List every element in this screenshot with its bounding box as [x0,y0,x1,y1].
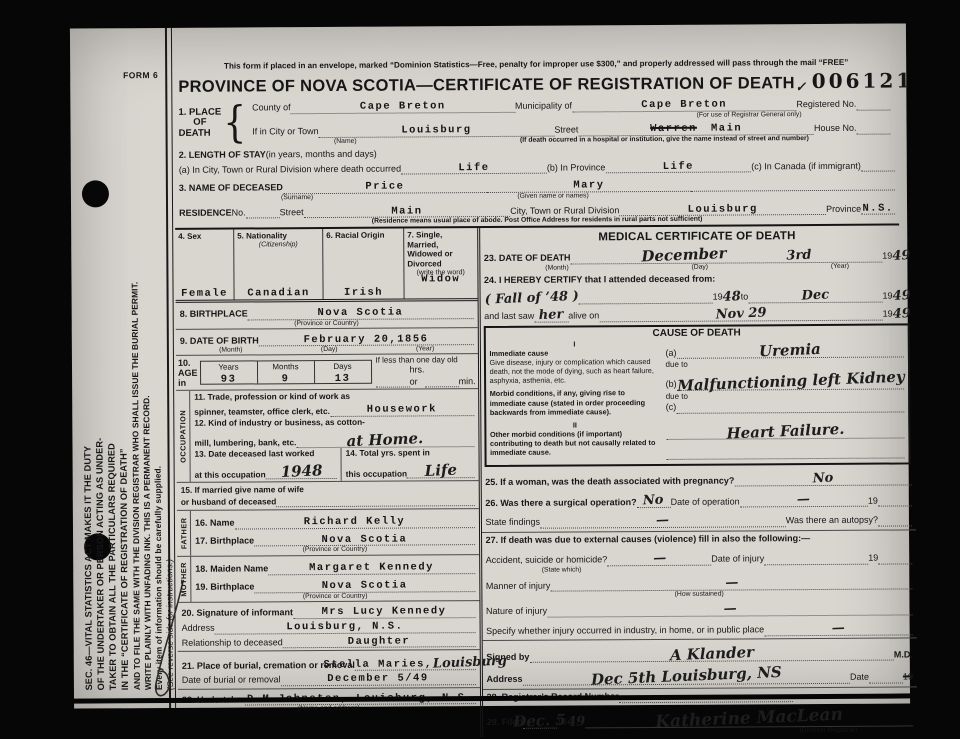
accident-field: — [607,547,711,566]
racial-origin-value: Irish [344,286,383,299]
operation-date-dash: — [797,492,811,509]
death-month-note: (Month) [545,264,568,272]
surname-note: (Surname) [281,194,313,202]
father-name-value: Richard Kelly [304,516,406,530]
cause-b-field: Malfunctioning left Kidney [677,369,905,391]
curly-brace: { [223,98,246,147]
total-years-value: Life [424,461,457,482]
age-days-value: 13 [335,373,351,385]
residence-street-label: Street [280,207,304,219]
item-number: 1. [178,107,186,118]
mother-name-value: Margaret Kennedy [309,562,434,576]
municipality-value: Cape Breton [641,99,727,113]
place-of-death-heading: 1. PLACE OF DEATH { [178,99,248,146]
father-birthplace-field: Nova Scotia [254,531,475,547]
operation-year-field [878,495,912,507]
alive-year-value: 49 [892,306,911,324]
county-label: County of [252,102,291,114]
marital-label-2: Widowed or Divorced [407,249,474,269]
field-birthplace: 8. BIRTHPLACE Nova Scotia (Province or C… [176,301,478,329]
burial-date-value: December 5/49 [327,673,429,687]
spouse-field [276,494,474,507]
field-date-of-birth: 9. DATE OF BIRTH February 20,1856 (Month… [176,328,478,356]
field-last-worked-and-total: 13. Date deceased last worked at this oc… [191,447,479,482]
occupation-side-label: OCCUPATION [176,391,191,482]
marital-label-1: 7. Single, Married, [407,230,474,250]
right-column: MEDICAL CERTIFICATE OF DEATH 23. DATE OF… [480,226,918,732]
burial-place-written: Louisburg [433,654,508,674]
informant-value: Mrs Lucy Kennedy [322,606,447,620]
burial-place-field: Stella Maries, Louisburg [355,652,476,671]
alive-date-value: Nov 29 [715,305,766,324]
other-morbid-value: Heart Failure. [726,420,845,444]
town-note: (Name) [334,138,357,146]
division-registrar-note: (Division Registrar) [799,727,857,732]
racial-origin-label: 6. Racial Origin [326,231,400,241]
specify-field: — [764,618,913,637]
hrs-label: hrs. or [409,364,424,387]
filed-date-field: Dec. 5 [523,708,557,729]
injury-year-field [878,552,912,564]
registered-no-field [856,98,890,110]
residence-city-value: Louisburg [688,203,758,217]
cause-of-death-box: CAUSE OF DEATH I Immediate cause Give di… [483,323,910,467]
certify-label: 24. I HEREBY CERTIFY that I attended dec… [484,274,715,287]
length-of-stay-sub: (in years, months and days) [266,149,377,161]
given-name-field: Mary [487,177,691,193]
other-morbid-field: Heart Failure. [666,418,905,440]
operation-value: No [643,493,664,511]
death-year-value: 49 [892,248,911,266]
mother-birthplace-value: Nova Scotia [322,579,408,593]
given-name-note: (Given name or names) [517,192,588,200]
certify-year1-printed: 19 [713,292,723,304]
age-months-value: 9 [282,373,290,385]
trade-label-1: 11. Trade, profession or kind of work as [194,391,350,403]
father-vertical-text: FATHER [179,518,188,550]
stay-city-field: Life [401,159,547,175]
stay-city-label: (a) In City, Town or Rural Division wher… [179,163,401,176]
age-months-label: Months [257,362,313,371]
nature-value: — [723,601,737,618]
stay-province-label: (b) In Province [547,162,606,174]
field-spouse: 15. If married give name of wife or husb… [177,481,479,511]
place-of-death-label: 1. PLACE OF DEATH [178,107,221,139]
pronoun-value: her [539,307,564,325]
other-morbid-label: Other morbid conditions (if important) c… [490,429,660,457]
operation-field: No [637,490,671,508]
pregnancy-field: No [734,468,912,487]
alive-date-field: Nov 29 [599,303,882,323]
street-label: Street [554,125,578,137]
death-year-printed: 19 [882,250,892,262]
hrs-field [376,376,410,388]
field-burial: 21. Place of burial, cremation or remova… [178,650,480,689]
filed-year-value: 49 [567,714,586,732]
occupation-items: 11. Trade, profession or kind of work as… [190,389,478,482]
field-marital-status: 7. Single, Married, Widowed or Divorced … [404,228,477,298]
cause-a-label: (a) [665,348,676,360]
informant-label: 20. Signature of informant [181,608,293,620]
nationality-label: 5. Nationality [237,231,319,241]
operation-date-label: Date of operation [671,496,740,508]
certify-year1-value: 48 [722,289,741,307]
nature-label: Nature of injury [486,606,547,618]
mother-birthplace-label: 19. Birthplace [195,581,254,593]
total-years-label-2: this occupation [346,468,407,479]
filed-date-value: Dec. 5 [513,710,566,732]
residence-city-label: City, Town or Rural Division [510,205,619,217]
total-years-field: Life [407,458,474,479]
serial-number: 006121 [812,68,914,93]
mother-side-label: MOTHER [177,557,191,602]
nature-field: — [547,598,913,618]
house-no-field [857,123,891,135]
industry-value: at Home. [347,429,424,452]
age-months-cell: Months 9 [257,361,314,383]
father-birthplace-value: Nova Scotia [321,533,407,547]
field-total-years: 14. Total yrs. spent in this occupation … [341,447,479,481]
stay-city-value: Life [458,162,489,176]
age-years-cell: Years 93 [200,362,257,384]
municipality-label: Municipality of [515,100,572,112]
given-name-value: Mary [573,180,604,194]
certificate-title: PROVINCE OF NOVA SCOTIA—CERTIFICATE OF R… [178,74,795,97]
division-registrar-field: Katherine MacLean [585,703,914,728]
alive-year-printed: 19 [883,309,893,321]
accident-value: — [653,550,667,567]
certify-to-label: to [741,292,749,304]
informant-relationship-label: Relationship to deceased [182,637,283,649]
mother-name-field: Margaret Kennedy [268,559,475,575]
age-grid: Years 93 Months 9 Days 13 [199,360,371,385]
injury-year-printed: 19 [868,553,878,565]
industry-field: at Home. [296,427,474,449]
age-years-value: 93 [221,374,237,386]
field-place-of-death: 1. PLACE OF DEATH { County of Cape Breto… [174,96,898,147]
industry-label-2: mill, lumbering, bank, etc. [194,438,296,449]
name-label: 3. NAME OF DECEASED [179,182,283,194]
sex-nationality-row: 4. Sex Female 5. Nationality (Citizenshi… [175,228,477,303]
label-death: DEATH [179,128,222,139]
manner-field: — [550,572,912,592]
mother-birthplace-note: (Province or Country) [303,592,368,600]
date-of-death-label: 23. DATE OF DEATH [484,252,571,264]
burial-date-label: Date of burial or removal [182,674,281,686]
field-external-causes: 27. If death was due to external causes … [482,529,917,638]
informant-address-value: Louisburg, N.S. [286,621,403,635]
birthplace-value: Nova Scotia [317,307,403,321]
signed-year-printed: 19 [903,672,913,684]
residence-street-field: Main [304,203,511,219]
certify-year2-printed: 19 [883,291,893,303]
manner-label: Manner of injury [486,580,551,592]
field-racial-origin: 6. Racial Origin Irish [323,229,404,299]
autopsy-field [878,515,912,527]
surname-field: Price [283,178,487,194]
min-field [425,376,459,388]
certify-year2-value: 49 [892,288,911,306]
field-last-worked: 13. Date deceased last worked at this oc… [191,448,341,482]
signed-address-field: Dec 5th Louisburg, NS [522,663,850,686]
dob-month-note: (Month) [219,347,242,355]
father-name-label: 16. Name [195,518,235,530]
certify-to-value: Dec [801,288,829,306]
father-name-field: Richard Kelly [234,513,474,529]
two-column-area: 4. Sex Female 5. Nationality (Citizenshi… [175,224,902,732]
date-of-death-field: December 3rd [570,242,882,264]
trade-value: Housework [367,404,437,418]
residence-province-field: N.S. [861,200,895,215]
signed-address-label: Address [486,674,522,686]
last-worked-value: 1948 [280,461,323,482]
operation-date-field: — [740,489,868,508]
signed-date-field [869,671,903,683]
mother-vertical-text: MOTHER [179,562,188,597]
municipality-field: Cape Breton [572,96,796,112]
age-less-than-day: If less than one day old hrs. or min. [375,355,475,388]
informant-relationship-field: Daughter [283,633,476,649]
death-year-note: (Year) [831,262,849,270]
father-birthplace-note: (Province or Country) [303,546,368,554]
specify-value: — [832,621,846,638]
manner-value: — [725,576,739,593]
field-mother-birthplace: 19. Birthplace Nova Scotia (Province or … [191,574,479,602]
burial-place-typed: Stella Maries, [323,658,432,672]
signed-by-value: A Klander [669,643,754,666]
other-morbid-field-2 [666,447,905,460]
street-field: Warren Main [578,120,814,136]
informant-relationship-value: Daughter [348,635,411,649]
last-worked-label-1: 13. Date deceased last worked [195,448,315,460]
residence-no-label: No. [232,207,246,219]
father-birthplace-label: 17. Birthplace [195,535,254,547]
label-place: PLACE [189,106,221,117]
father-group: FATHER 16. Name Richard Kelly 17. Birthp… [177,509,479,557]
spouse-label-2: or husband of deceased [181,497,277,508]
occupation-group: OCCUPATION 11. Trade, profession or kind… [176,389,478,483]
field-father-name: 16. Name Richard Kelly [191,509,479,529]
pregnancy-value: No [813,471,834,489]
checkmark: ✓ [795,80,807,95]
town-label: If in City or Town [252,126,318,138]
residence-street-value: Main [391,205,422,219]
field-nationality: 5. Nationality (Citizenship) Canadian [234,229,323,300]
sex-value: Female [181,287,228,300]
cause-right-answers: (a) Uremia due to (b) Malfunctioning lef… [665,337,904,460]
certificate-content: This form if placed in an envelope, mark… [174,24,902,698]
birthplace-note: (Province or Country) [294,320,359,328]
md-label: M.D. [894,649,913,661]
mother-group: MOTHER 18. Maiden Name Margaret Kennedy … [177,555,479,603]
external-causes-label: 27. If death was due to external causes … [486,533,811,547]
trade-field: Housework [330,401,474,417]
name-extra-field [691,178,895,191]
birthplace-field: Nova Scotia [248,304,474,320]
min-label: min. [459,376,476,388]
street-value-struck: Warren [650,123,697,137]
field-operation: 26. Was there a surgical operation? No D… [481,486,916,529]
residence-province-label: Province [826,203,861,215]
accident-label: Accident, suicide or homicide? [486,554,608,566]
pronoun-field: her [534,305,568,323]
death-certificate-document: FORM 6 SEC. 46—VITAL STATISTICS ACT MAKE… [70,23,910,708]
last-saw-label: and last saw [484,311,534,323]
cause-a-value: Uremia [759,340,822,362]
county-field: Cape Breton [291,98,515,114]
field-father-birthplace: 17. Birthplace Nova Scotia (Province or … [191,528,479,556]
residence-city-field: Louisburg [619,201,826,217]
last-worked-field: 1948 [266,459,337,480]
findings-field: — [540,509,786,528]
residence-label: RESIDENCE [179,207,232,219]
signed-by-field: A Klander [529,641,894,664]
age-label: 10. AGE in [178,358,198,388]
dob-value: February 20,1856 [304,333,429,347]
trade-label-2: spinner, teamster, office clerk, etc. [194,406,330,418]
findings-label: State findings [485,517,540,529]
town-field: Louisburg [319,122,555,138]
left-column: 4. Sex Female 5. Nationality (Citizenshi… [175,228,483,732]
morbid-conditions-label: Morbid conditions, if any, giving rise t… [490,388,660,416]
cause-left-notes: I Immediate cause Give disease, injury o… [489,339,660,462]
age-days-cell: Days 13 [314,361,370,383]
injury-date-field [764,552,868,565]
field-trade: 11. Trade, profession or kind of work as… [190,389,478,417]
findings-value: — [656,513,670,530]
death-day-value: 3rd [786,247,812,265]
microfilm-background: Urban FORM 6 SEC. 46—VITAL STATISTICS AC… [0,0,960,732]
age-days-label: Days [314,362,370,371]
title-row: PROVINCE OF NOVA SCOTIA—CERTIFICATE OF R… [174,69,898,97]
spouse-label-1: 15. If married give name of wife [181,485,304,497]
place-of-death-fields: County of Cape Breton Municipality of Ca… [248,96,895,147]
informant-address-label: Address [182,623,215,635]
marital-value: Widow [421,273,460,286]
specify-label: Specify whether injury occurred in indus… [486,625,764,638]
informant-address-field: Louisburg, N.S. [215,618,476,634]
cause-b-label: (b) [666,379,677,391]
certify-to-field: Dec [748,285,882,304]
stay-canada-field [861,160,895,172]
immediate-cause-note: Give disease, injury or complication whi… [489,357,659,385]
length-of-stay-label: 2. LENGTH OF STAY [179,149,266,161]
age-years-label: Years [200,363,256,372]
last-worked-label-2: at this occupation [195,469,266,480]
nationality-value: Canadian [247,287,309,300]
stay-province-field: Life [605,158,751,174]
occupation-vertical-text: OCCUPATION [178,410,187,463]
mother-birthplace-field: Nova Scotia [254,577,475,593]
field-date-of-death: 23. DATE OF DEATH December 3rd 19 49 (Mo… [480,242,915,273]
residence-province-value: N.S. [862,202,893,216]
dob-year-note: (Year) [416,346,434,354]
field-sex: 4. Sex Female [175,230,234,300]
field-mother-name: 18. Maiden Name Margaret Kennedy [191,555,479,575]
dob-field: February 20,1856 [259,331,474,347]
death-month-value: December [641,244,727,267]
house-no-label: House No. [814,123,857,135]
dob-day-note: (Day) [321,346,338,354]
town-value: Louisburg [401,125,471,139]
autopsy-label: Was there an autopsy? [786,515,878,527]
field-age: 10. AGE in Years 93 Months 9 Day [176,354,478,391]
alive-on-label: alive on [568,311,599,323]
birthplace-label: 8. BIRTHPLACE [180,309,248,321]
stay-canada-label: (c) In Canada (if immigrant) [751,160,861,172]
surname-value: Price [365,181,404,195]
county-value: Cape Breton [360,100,446,114]
street-value: Main [711,123,742,137]
field-filed: 29. Filed Dec. 5 19 49 Katherine MacLean [483,703,918,729]
cause-c-label: (c) [666,402,677,414]
field-signed: Signed by A Klander M.D. Address Dec 5th… [482,637,917,686]
operation-year-printed: 19 [868,495,878,507]
field-certify: 24. I HEREBY CERTIFY that I attended dec… [480,270,915,323]
residence-no-field [246,207,280,219]
mother-name-label: 18. Maiden Name [195,564,268,576]
field-industry: 12. Kind of industry or business, as cot… [190,416,478,449]
registered-no-label: Registered No. [796,99,856,111]
field-informant: 20. Signature of informant Mrs Lucy Kenn… [177,601,479,652]
cause-a-field: Uremia [676,337,904,359]
stay-province-value: Life [663,160,694,174]
father-side-label: FATHER [177,511,191,556]
dob-label: 9. DATE OF BIRTH [180,335,259,347]
informant-field: Mrs Lucy Kennedy [293,603,475,619]
state-which-note: (State which) [542,566,582,574]
operation-label: 26. Was there a surgical operation? [485,497,636,510]
injury-date-label: Date of injury [711,553,764,565]
sex-label: 4. Sex [178,232,230,242]
nationality-sub: (Citizenship) [237,241,319,250]
signed-date-label: Date [850,672,869,684]
certify-from-field [578,292,712,305]
